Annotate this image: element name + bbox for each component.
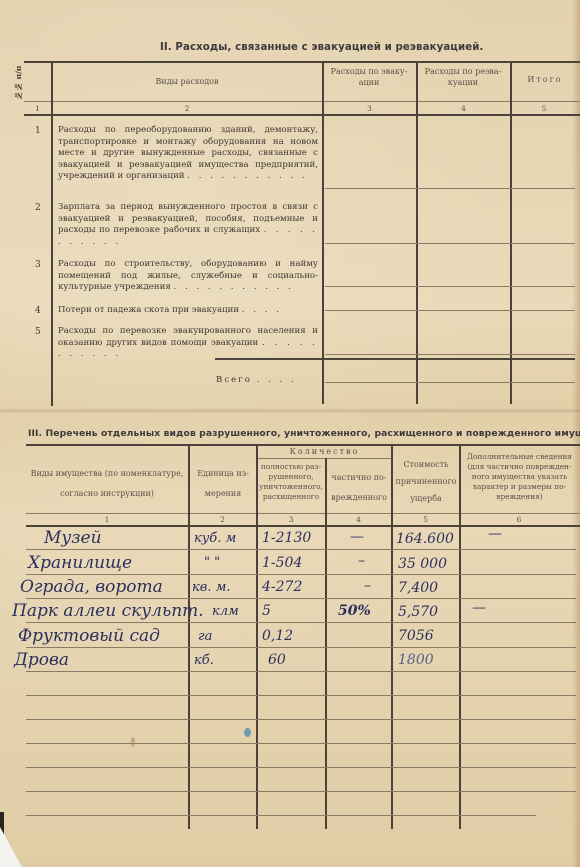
table3-header-divider xyxy=(26,513,580,514)
unit-cell: кв. м. xyxy=(192,580,231,595)
total-label: Всего . . . . xyxy=(216,375,326,387)
col-number: 4 xyxy=(326,515,391,524)
row-divider xyxy=(325,354,575,355)
header-row-number: №№ п/п xyxy=(14,62,30,104)
damage-cost-cell: 7056 xyxy=(398,628,434,644)
row-number: 4 xyxy=(35,306,41,316)
header-damage-cost: Стоимость причиненного ущерба xyxy=(393,456,459,507)
col-number: 1 xyxy=(24,104,51,113)
header-evacuation: Расходы по эваку-ации xyxy=(326,66,412,88)
property-type-cell: Фруктовый сад xyxy=(18,626,160,646)
property-type-cell: Хранилище xyxy=(28,553,132,573)
expense-row-text: Потери от падежа скота при эвакуации . .… xyxy=(58,305,318,317)
row-divider xyxy=(26,671,576,672)
col-number: 2 xyxy=(189,515,256,524)
partial-quantity-cell: – xyxy=(364,578,371,594)
row-divider xyxy=(26,767,576,768)
col-number: 6 xyxy=(460,515,578,524)
torn-corner xyxy=(0,827,22,867)
row-divider xyxy=(325,286,575,287)
full-quantity-cell: 4-272 xyxy=(262,579,302,595)
row-divider xyxy=(325,243,575,244)
row-divider xyxy=(325,310,575,311)
quantity-group-divider xyxy=(256,458,391,459)
row-divider xyxy=(26,549,576,550)
paper-fold xyxy=(0,408,580,414)
unit-cell: га xyxy=(198,629,212,644)
col-number: 1 xyxy=(26,515,188,524)
additional-info-cell: — xyxy=(472,600,486,616)
col-number: 2 xyxy=(52,104,322,113)
full-quantity-cell: 5 xyxy=(262,603,271,619)
header-property-type: Виды имущества (по номенклатуре, согласн… xyxy=(26,464,188,504)
partial-quantity-cell: – xyxy=(358,553,365,569)
property-type-cell: Дрова xyxy=(14,650,69,670)
header-partially-damaged: частично по-врежденного xyxy=(327,468,391,508)
header-unit: Единица из-мерения xyxy=(190,464,256,504)
additional-info-cell: — xyxy=(488,526,502,542)
header-quantity-group: Количество xyxy=(258,446,391,457)
col-number: 5 xyxy=(511,104,577,113)
damage-cost-cell: 164.600 xyxy=(396,531,454,547)
col-number: 5 xyxy=(392,515,459,524)
section3-title: III. Перечень отдельных видов разрушенно… xyxy=(28,428,580,439)
unit-cell: " " xyxy=(204,555,220,570)
col-number: 4 xyxy=(417,104,510,113)
section2-title: II. Расходы, связанные с эвакуацией и ре… xyxy=(160,42,483,53)
row-divider xyxy=(26,647,576,648)
partial-quantity-cell: — xyxy=(350,529,364,545)
table2-header-bottom xyxy=(24,114,580,116)
damage-cost-cell: 5,570 xyxy=(398,604,438,620)
row-number: 3 xyxy=(35,260,41,270)
stain xyxy=(131,737,135,747)
row-divider xyxy=(26,574,576,575)
row-number: 5 xyxy=(35,327,41,337)
expense-row-text: Расходы по перевозке эвакуированного нас… xyxy=(58,326,318,361)
col-number: 3 xyxy=(323,104,416,113)
row-divider xyxy=(26,743,576,744)
header-total: Итого xyxy=(512,74,578,85)
ink-stain xyxy=(244,728,251,737)
row-divider xyxy=(26,791,576,792)
header-fully-destroyed: полностью раз-рушенного, уничтоженного, … xyxy=(257,462,325,502)
row-number: 1 xyxy=(35,126,41,136)
header-additional-info: Дополнительные сведения (для частично по… xyxy=(461,452,578,502)
row-divider xyxy=(26,815,536,816)
partial-quantity-cell: 50% xyxy=(338,603,371,619)
unit-cell: клм xyxy=(212,604,239,619)
expense-row-text: Зарплата за период вынужденного простоя … xyxy=(58,202,318,248)
row-divider xyxy=(26,719,576,720)
full-quantity-cell: 1-504 xyxy=(262,555,302,571)
damage-cost-cell: 35 000 xyxy=(398,556,447,572)
row-divider xyxy=(26,622,576,623)
full-quantity-cell: 1-2130 xyxy=(262,530,311,546)
property-type-cell: Парк аллеи скульпт. xyxy=(12,601,204,621)
table2-top-border xyxy=(24,61,580,63)
unit-cell: кб. xyxy=(194,653,214,668)
expense-row-text: Расходы по переоборудованию зданий, демо… xyxy=(58,125,318,183)
property-type-cell: Музей xyxy=(44,528,102,548)
damage-cost-cell: 7,400 xyxy=(398,580,438,596)
row-divider xyxy=(325,382,575,383)
unit-cell: куб. м xyxy=(194,531,236,546)
full-quantity-cell: 0,12 xyxy=(262,628,293,644)
table2-header-divider xyxy=(24,101,580,102)
property-type-cell: Ограда, ворота xyxy=(20,577,163,597)
damage-cost-cell: 1800 xyxy=(398,652,434,668)
expense-row-text: Расходы по строительству, оборудованию и… xyxy=(58,259,318,294)
row-divider xyxy=(26,598,576,599)
row-number: 2 xyxy=(35,203,41,213)
header-expense-type: Виды расходов xyxy=(52,76,322,87)
full-quantity-cell: 60 xyxy=(268,652,286,668)
col-number: 3 xyxy=(257,515,325,524)
row-divider xyxy=(26,695,576,696)
header-reevacuation: Расходы по реэва-куации xyxy=(420,66,506,88)
table3-col-divider xyxy=(325,458,327,829)
row-divider xyxy=(325,188,575,189)
